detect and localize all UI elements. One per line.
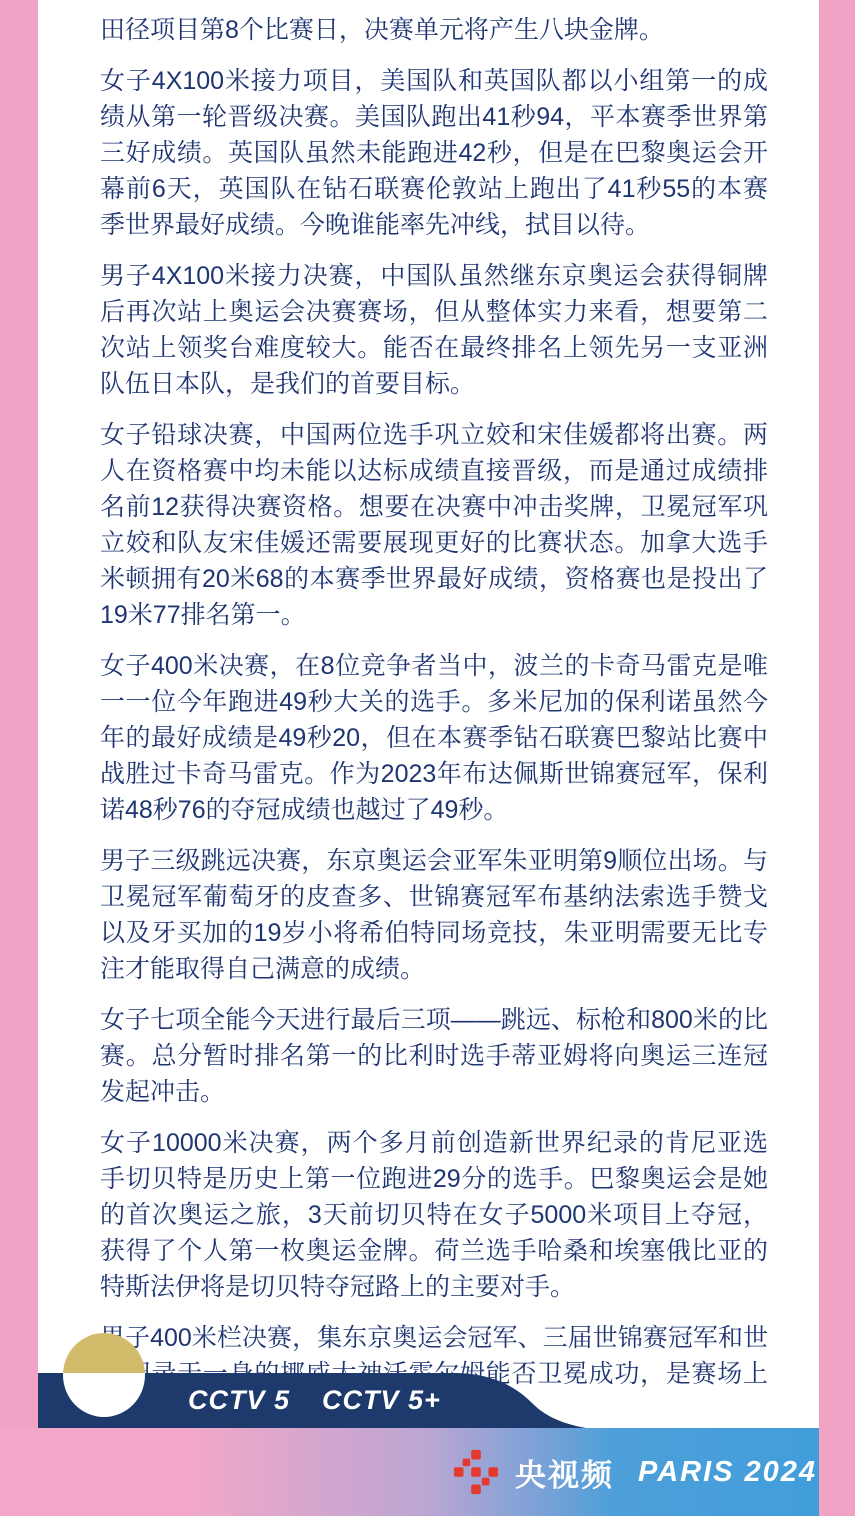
yangshipin-label: 央视频 (515, 1450, 614, 1495)
paragraph-men-4x100: 男子4X100米接力决赛，中国队虽然继东京奥运会获得铜牌后再次站上奥运会决赛赛场… (100, 258, 768, 402)
paragraph-heptathlon: 女子七项全能今天进行最后三项——跳远、标枪和800米的比赛。总分暂时排名第一的比… (100, 1002, 768, 1110)
paragraph-women-400m: 女子400米决赛，在8位竞争者当中，波兰的卡奇马雷克是唯一一位今年跑进49秒大关… (100, 648, 768, 828)
paragraph-women-10000m: 女子10000米决赛，两个多月前创造新世界纪录的肯尼亚选手切贝特是历史上第一位跑… (100, 1125, 768, 1305)
paragraph-women-4x100: 女子4X100米接力项目，美国队和英国队都以小组第一的成绩从第一轮晋级决赛。美国… (100, 63, 768, 243)
paragraph-men-triple-jump: 男子三级跳远决赛，东京奥运会亚军朱亚明第9顺位出场。与卫冕冠军葡萄牙的皮查多、世… (100, 843, 768, 987)
paris2024-label: PARIS 2024 (638, 1456, 817, 1489)
yangshipin-logo-icon (452, 1448, 500, 1496)
paragraph-women-shotput: 女子铅球决赛，中国两位选手巩立姣和宋佳媛都将出赛。两人在资格赛中均未能以达标成绩… (100, 417, 768, 633)
footer-brand-group: 央视频 PARIS 2024 (452, 1428, 817, 1516)
footer-bar: 央视频 PARIS 2024 (0, 1428, 855, 1516)
right-frame (819, 0, 855, 1516)
egg-decoration (63, 1333, 145, 1417)
cctv5plus-label: CCTV 5+ (322, 1385, 441, 1416)
article-text: 田径项目第8个比赛日，决赛单元将产生八块金牌。 女子4X100米接力项目，美国队… (100, 12, 768, 1443)
article-card: 田径项目第8个比赛日，决赛单元将产生八块金牌。 女子4X100米接力项目，美国队… (38, 0, 819, 1428)
olympics-preview-poster: 田径项目第8个比赛日，决赛单元将产生八块金牌。 女子4X100米接力项目，美国队… (0, 0, 855, 1516)
paragraph-medal-day: 田径项目第8个比赛日，决赛单元将产生八块金牌。 (100, 12, 768, 48)
cctv-channels: CCTV 5 CCTV 5+ (188, 1373, 441, 1428)
cctv5-label: CCTV 5 (188, 1385, 290, 1416)
